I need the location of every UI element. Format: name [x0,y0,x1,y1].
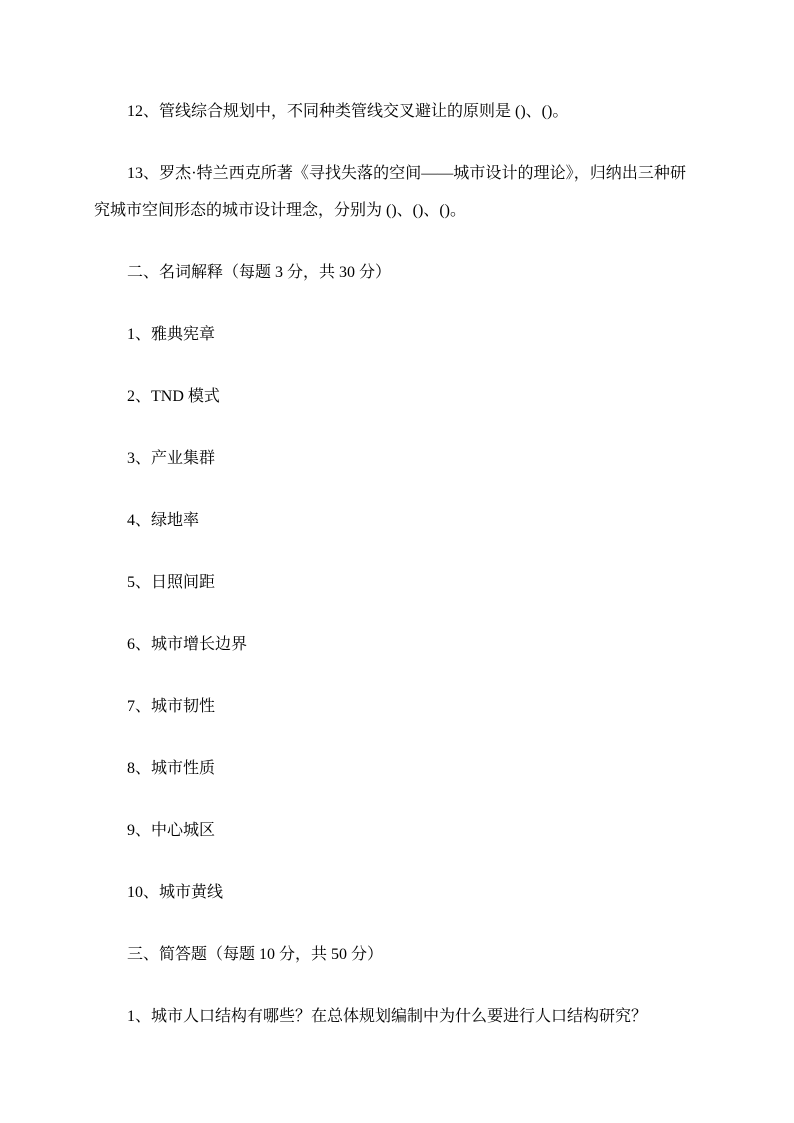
term-item-3: 3、产业集群 [94,440,686,477]
question-12: 12、管线综合规划中，不同种类管线交叉避让的原则是 ()、()。 [94,93,686,130]
term-item-8: 8、城市性质 [94,750,686,787]
question-13: 13、罗杰·特兰西克所著《寻找失落的空间——城市设计的理论》，归纳出三种研究城市… [94,155,686,229]
short-answer-1: 1、城市人口结构有哪些？在总体规划编制中为什么要进行人口结构研究？ [94,998,686,1035]
term-item-10: 10、城市黄线 [94,874,686,911]
term-item-7: 7、城市韧性 [94,688,686,725]
term-item-1: 1、雅典宪章 [94,316,686,353]
document-body: 12、管线综合规划中，不同种类管线交叉避让的原则是 ()、()。 13、罗杰·特… [0,0,794,1035]
term-item-2: 2、TND 模式 [94,378,686,415]
section-3-heading: 三、简答题（每题 10 分，共 50 分） [94,936,686,973]
term-item-4: 4、绿地率 [94,502,686,539]
section-2-heading: 二、名词解释（每题 3 分，共 30 分） [94,254,686,291]
term-item-5: 5、日照间距 [94,564,686,601]
document-page: 12、管线综合规划中，不同种类管线交叉避让的原则是 ()、()。 13、罗杰·特… [0,0,794,1123]
term-item-6: 6、城市增长边界 [94,626,686,663]
term-item-9: 9、中心城区 [94,812,686,849]
